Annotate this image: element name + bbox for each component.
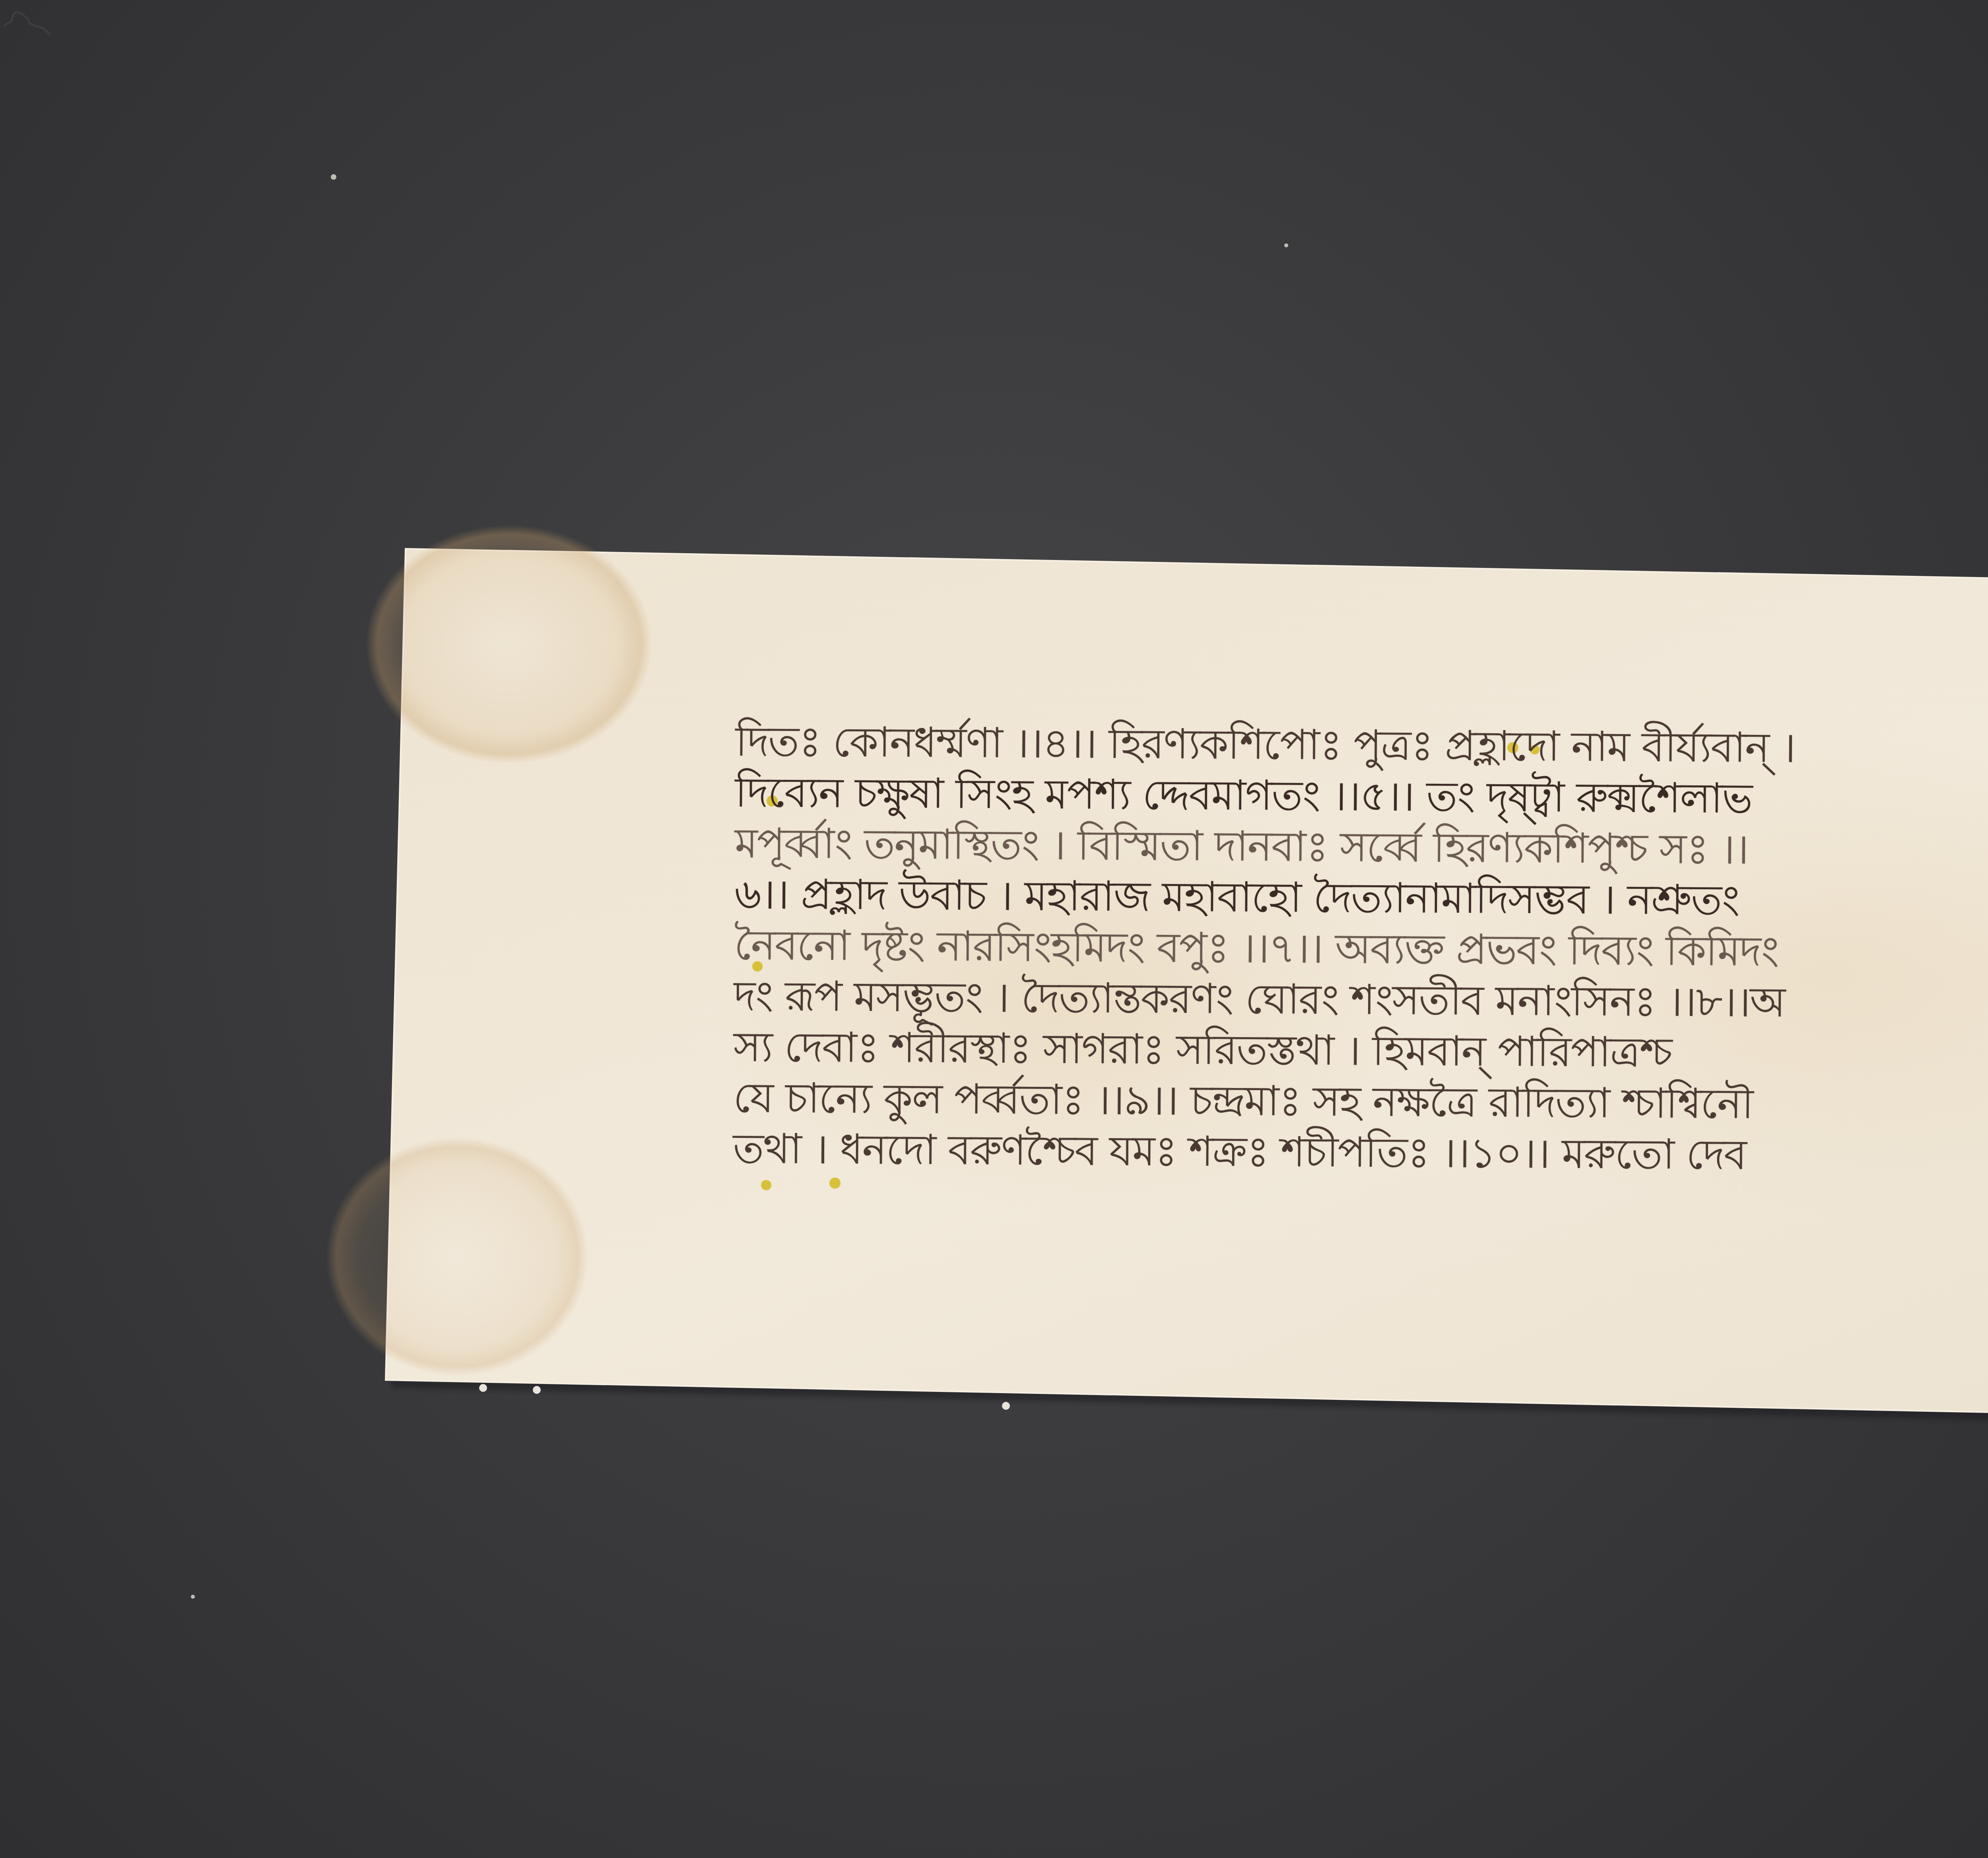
manuscript-line-9: তথা । ধনদো বরুণশ্চৈব যমঃ শক্রঃ শচীপতিঃ ।…: [733, 1123, 1988, 1184]
manuscript-line-5: নৈবনো দৃষ্টং নারসিংহমিদং বপুঃ ।।৭।। অব্য…: [734, 919, 1988, 980]
manuscript-text: দিতঃ কোনধর্ম্মণা ।।৪।। হিরণ্যকশিপোঃ পুত্…: [732, 716, 1988, 1266]
manuscript-line-3: মপূর্ব্বাং তনুমাস্থিতং । বিস্মিতা দানবাঃ…: [735, 818, 1988, 878]
manuscript-line-2: দিব্যেন চক্ষুষা সিংহ মপশ্য দ্দেবমাগতং ।।…: [735, 767, 1988, 827]
manuscript-line-6: দং রূপ মসম্ভূতং । দৈত্যান্তকরণং ঘোরং শংস…: [734, 970, 1988, 1031]
manuscript-line-8: যে চান্যে কুল পর্ব্বতাঃ ।।৯।। চন্দ্রমাঃ …: [733, 1072, 1988, 1133]
manuscript-folio: দিতঃ কোনধর্ম্মণা ।।৪।। হিরণ্যকশিপোঃ পুত্…: [0, 0, 1988, 1858]
manuscript-line-4: ৬।। প্রহ্লাদ উবাচ । মহারাজ মহাবাহো দৈত্য…: [734, 869, 1988, 929]
manuscript-line-1: দিতঃ কোনধর্ম্মণা ।।৪।। হিরণ্যকশিপোঃ পুত্…: [735, 716, 1988, 776]
stray-fiber: [0, 0, 80, 48]
manuscript-line-7: স্য দেবাঃ শরীরস্থাঃ সাগরাঃ সরিতস্তথা । হ…: [734, 1021, 1988, 1082]
